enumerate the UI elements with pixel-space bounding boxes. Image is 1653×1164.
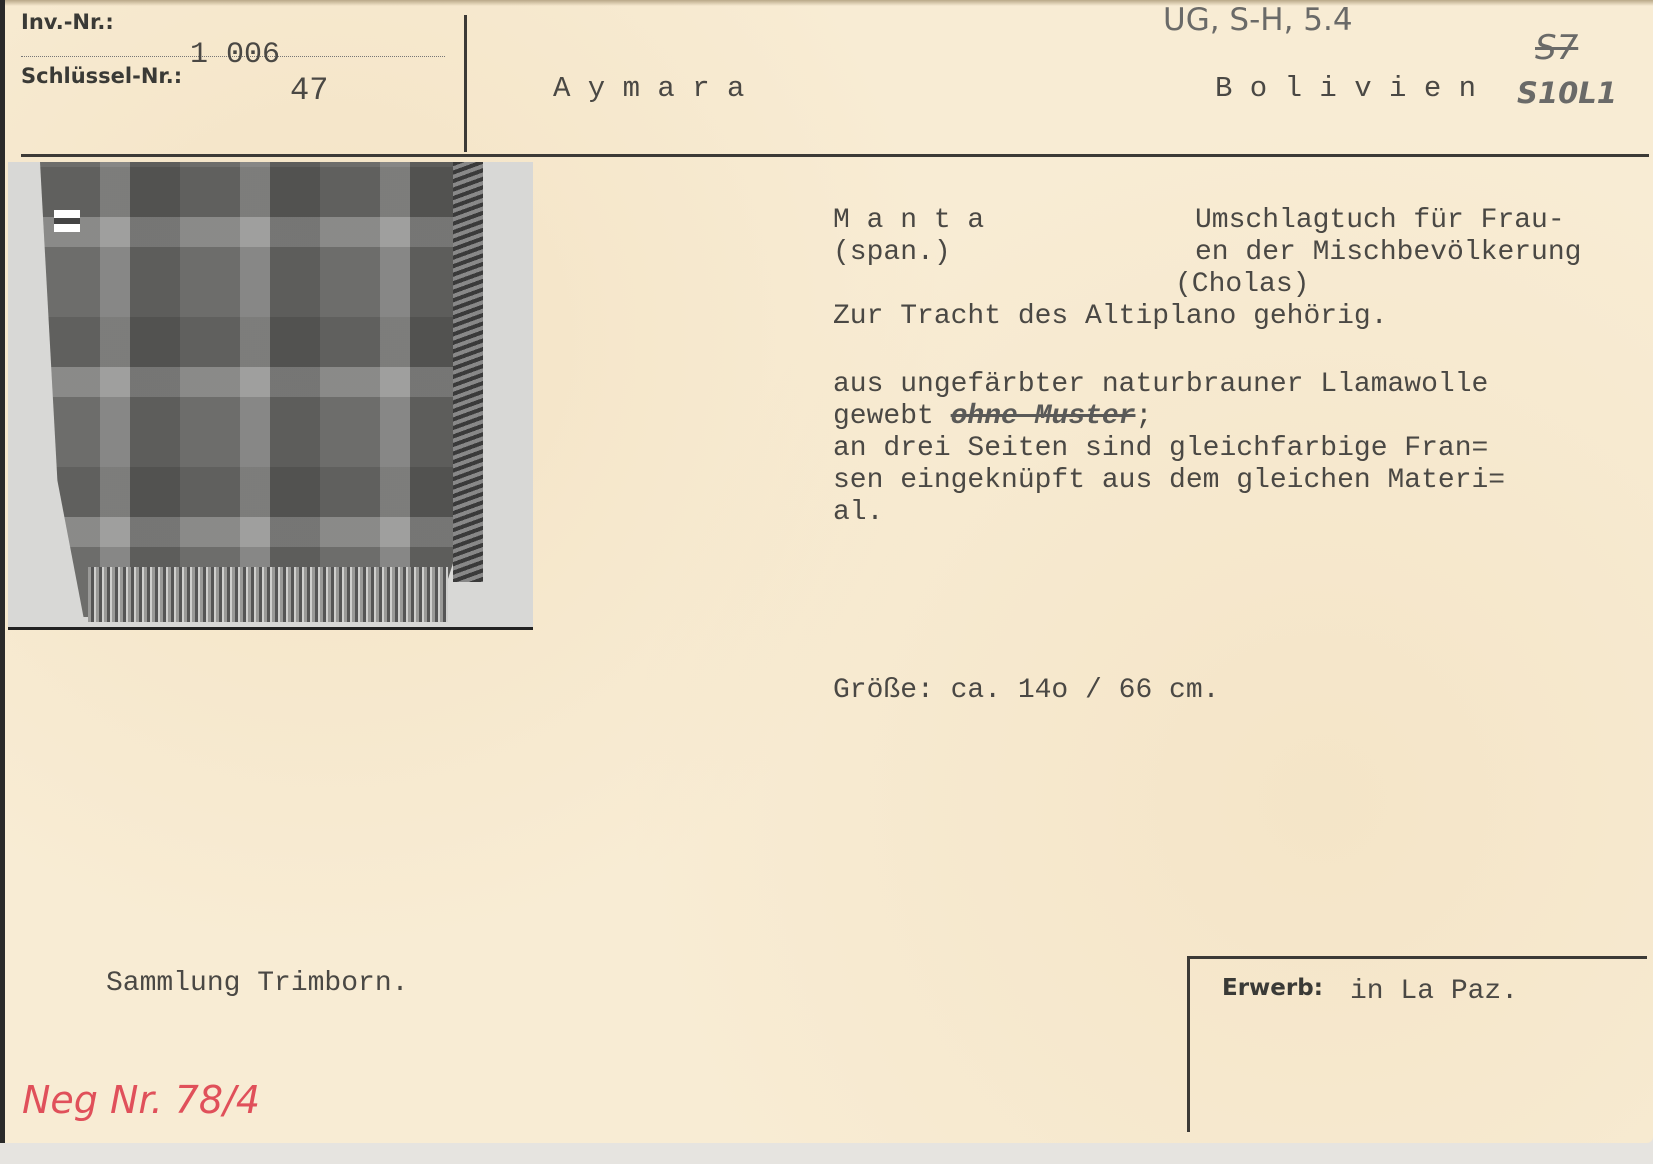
size-line: Größe: ca. 14o / 66 cm. xyxy=(833,675,1219,707)
material-line-1: aus ungefärbter naturbrauner Llamawolle xyxy=(833,369,1488,401)
bottom-fringe xyxy=(88,567,448,622)
handwritten-country-code: S10L1 xyxy=(1517,76,1617,110)
key-label: Schlüssel-Nr.: xyxy=(21,64,182,88)
material-line-3: an drei Seiten sind gleichfarbige Fran= xyxy=(833,433,1488,465)
material-line-2: gewebt ohne Muster; xyxy=(833,401,1152,433)
meaning-line-3: (Cholas) xyxy=(1175,269,1309,301)
country-name: B o l i v i e n xyxy=(1215,72,1476,105)
material-line-4: sen eingeknüpft aus dem gleichen Materi= xyxy=(833,465,1505,497)
object-name: M a n t a xyxy=(833,205,984,237)
object-language: (span.) xyxy=(833,237,951,269)
shawl-image xyxy=(40,162,475,617)
tracht-line: Zur Tracht des Altiplano gehörig. xyxy=(833,301,1388,333)
people-name: A y m a r a xyxy=(553,72,744,105)
collection-name: Sammlung Trimborn. xyxy=(106,968,408,999)
material-suffix: ; xyxy=(1135,401,1152,432)
meaning-line-2: en der Mischbevölkerung xyxy=(1195,237,1581,269)
card-left-edge xyxy=(0,0,5,1143)
header-divider xyxy=(464,15,467,152)
material-line-5: al. xyxy=(833,497,883,529)
header-rule xyxy=(21,154,1649,157)
key-value: 47 xyxy=(290,72,328,109)
handwritten-negative-number: Neg Nr. 78/4 xyxy=(22,1078,260,1122)
label-tag-icon xyxy=(54,210,80,232)
acquisition-box-left xyxy=(1187,956,1190,1132)
handwritten-struck-number: S7 xyxy=(1535,28,1578,68)
acquisition-value: in La Paz. xyxy=(1350,976,1518,1007)
catalog-card: Inv.-Nr.: 1 006 Schlüssel-Nr.: 47 A y m … xyxy=(0,0,1653,1143)
struck-text: ohne Muster xyxy=(951,401,1136,432)
handwritten-location-code: UG, S-H, 5.4 xyxy=(1163,2,1353,38)
object-photo xyxy=(8,162,533,630)
acquisition-label: Erwerb: xyxy=(1222,975,1323,1001)
inv-value: 1 006 xyxy=(190,38,280,72)
card-edge-shadow xyxy=(0,0,1653,6)
side-fringe xyxy=(453,162,483,582)
meaning-line-1: Umschlagtuch für Frau- xyxy=(1195,205,1565,237)
material-prefix: gewebt xyxy=(833,401,951,432)
acquisition-box-top xyxy=(1187,956,1647,959)
inv-label: Inv.-Nr.: xyxy=(21,10,114,34)
